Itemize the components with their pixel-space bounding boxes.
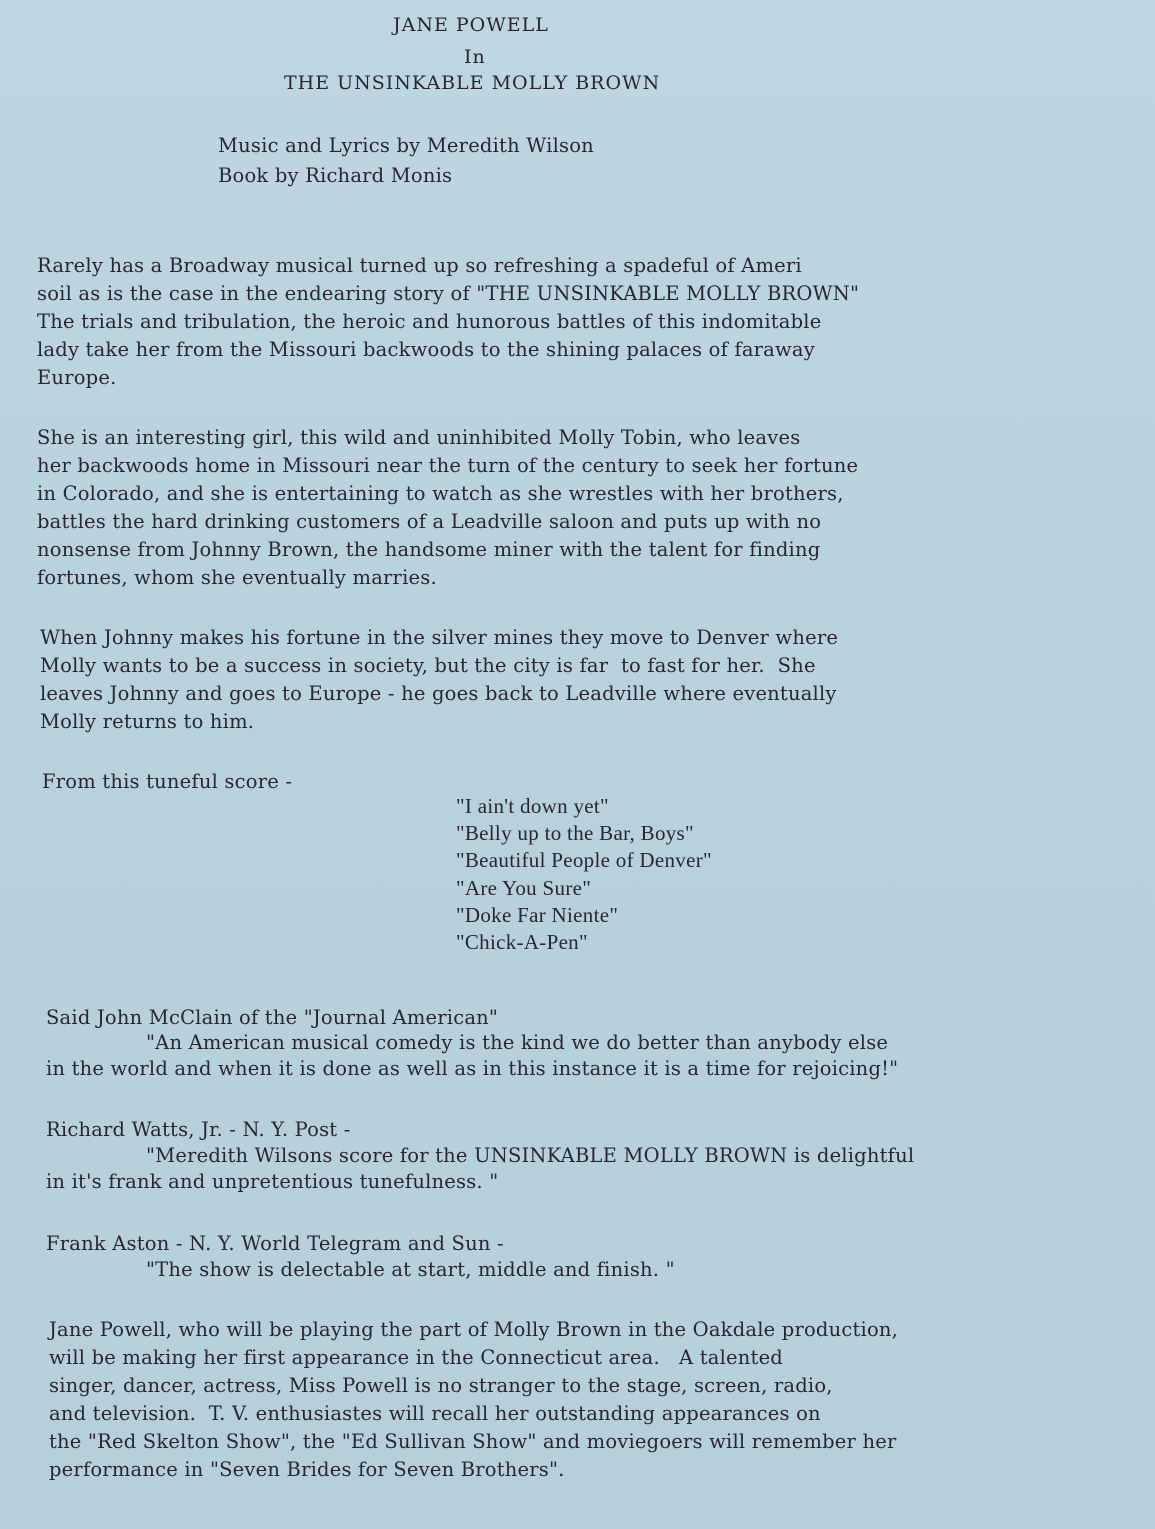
- text-line: Europe.: [37, 366, 116, 389]
- review-source: Frank Aston - N. Y. World Telegram and S…: [46, 1232, 504, 1255]
- text-line: soil as is the case in the endearing sto…: [37, 282, 859, 305]
- text-line: performance in "Seven Brides for Seven B…: [49, 1458, 565, 1481]
- review-quote-line: "Meredith Wilsons score for the UNSINKAB…: [146, 1144, 914, 1167]
- music-credit: Music and Lyrics by Meredith Wilson: [218, 134, 594, 157]
- review-source: Richard Watts, Jr. - N. Y. Post -: [46, 1118, 351, 1141]
- review-quote-line: in the world and when it is done as well…: [46, 1057, 898, 1080]
- show-title: THE UNSINKABLE MOLLY BROWN: [284, 72, 660, 94]
- text-line: nonsense from Johnny Brown, the handsome…: [37, 538, 820, 561]
- star-name: JANE POWELL: [393, 14, 549, 36]
- text-line: She is an interesting girl, this wild an…: [37, 426, 800, 449]
- text-line: leaves Johnny and goes to Europe - he go…: [40, 682, 837, 705]
- text-line: singer, dancer, actress, Miss Powell is …: [49, 1374, 833, 1397]
- in-word: In: [464, 46, 486, 68]
- text-line: The trials and tribulation, the heroic a…: [37, 310, 821, 333]
- song-item: "I ain't down yet": [456, 794, 609, 819]
- text-line: battles the hard drinking customers of a…: [37, 510, 821, 533]
- review-source: Said John McClain of the "Journal Americ…: [46, 1006, 498, 1029]
- text-line: her backwoods home in Missouri near the …: [37, 454, 858, 477]
- text-line: Jane Powell, who will be playing the par…: [49, 1318, 898, 1341]
- song-item: "Beautiful People of Denver": [456, 848, 712, 873]
- text-line: Molly returns to him.: [40, 710, 254, 733]
- book-credit: Book by Richard Monis: [218, 164, 452, 187]
- text-line: will be making her first appearance in t…: [49, 1346, 783, 1369]
- song-item: "Belly up to the Bar, Boys": [456, 821, 694, 846]
- text-line: When Johnny makes his fortune in the sil…: [40, 626, 838, 649]
- review-quote-line: "The show is delectable at start, middle…: [146, 1258, 675, 1281]
- song-item: "Chick-A-Pen": [456, 930, 588, 955]
- review-quote-line: "An American musical comedy is the kind …: [146, 1031, 888, 1054]
- review-quote-line: in it's frank and unpretentious tunefuln…: [46, 1170, 498, 1193]
- score-intro: From this tuneful score -: [42, 770, 292, 793]
- song-item: "Are You Sure": [456, 876, 591, 901]
- text-line: lady take her from the Missouri backwood…: [37, 338, 815, 361]
- text-line: Molly wants to be a success in society, …: [40, 654, 816, 677]
- text-line: in Colorado, and she is entertaining to …: [37, 482, 844, 505]
- text-line: Rarely has a Broadway musical turned up …: [37, 254, 802, 277]
- text-line: and television. T. V. enthusiastes will …: [49, 1402, 821, 1425]
- song-item: "Doke Far Niente": [456, 903, 618, 928]
- text-line: fortunes, whom she eventually marries.: [37, 566, 437, 589]
- text-line: the "Red Skelton Show", the "Ed Sullivan…: [49, 1430, 897, 1453]
